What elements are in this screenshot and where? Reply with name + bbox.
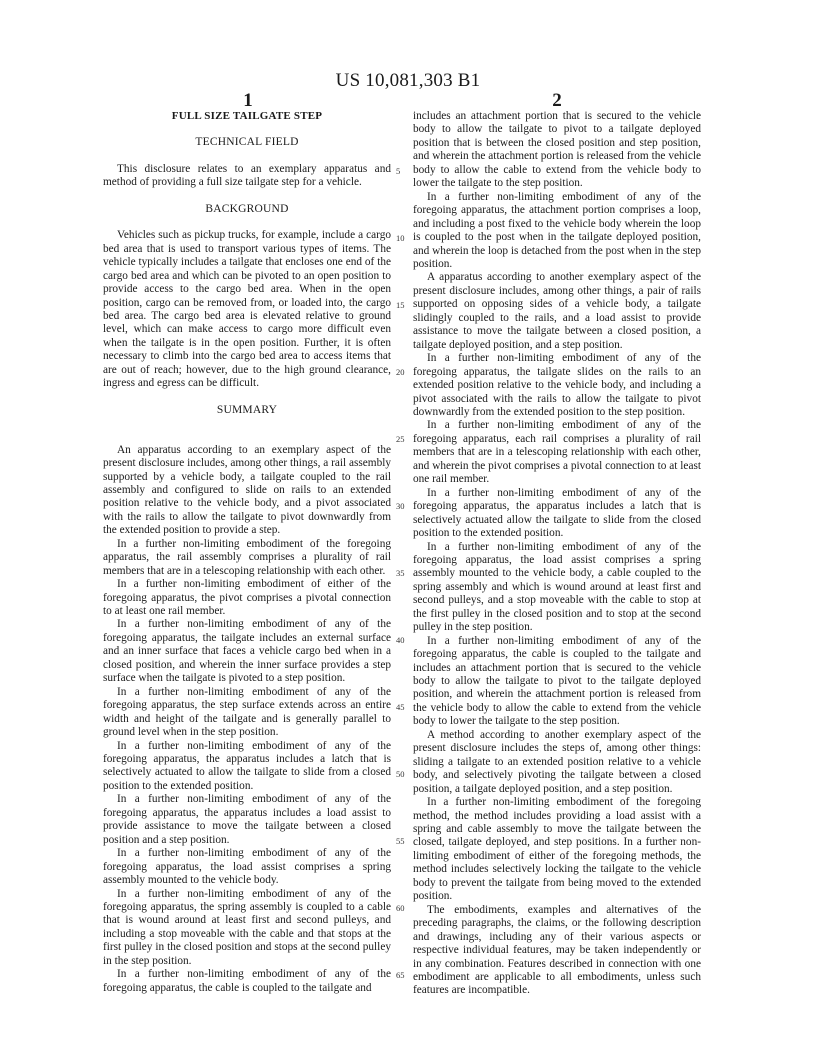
right-column: includes an attachment portion that is s… — [413, 110, 701, 998]
summary-paragraph: In a further non-limiting embodiment of … — [103, 618, 391, 685]
column-number-right: 2 — [412, 90, 702, 112]
line-number: 10 — [396, 233, 408, 243]
summary-paragraph: In a further non-limiting embodiment of … — [103, 793, 391, 847]
line-number: 25 — [396, 434, 408, 444]
summary-paragraph: A apparatus according to another exempla… — [413, 271, 701, 352]
heading-background: BACKGROUND — [103, 203, 391, 216]
technical-field-paragraph: This disclosure relates to an exemplary … — [103, 163, 391, 190]
summary-paragraph: In a further non-limiting embodiment of … — [103, 968, 391, 995]
line-number: 60 — [396, 903, 408, 913]
line-number: 35 — [396, 568, 408, 578]
background-paragraph: Vehicles such as pickup trucks, for exam… — [103, 229, 391, 390]
summary-paragraph: In a further non-limiting embodiment of … — [413, 635, 701, 729]
summary-paragraph: In a further non-limiting embodiment of … — [103, 538, 391, 578]
summary-paragraph: In a further non-limiting embodiment of … — [413, 541, 701, 635]
summary-paragraph: In a further non-limiting embodiment of … — [103, 740, 391, 794]
line-number: 65 — [396, 970, 408, 980]
continued-paragraph: includes an attachment portion that is s… — [413, 110, 701, 191]
heading-summary: SUMMARY — [103, 404, 391, 417]
summary-paragraph: In a further non-limiting embodiment of … — [413, 191, 701, 272]
summary-paragraph: In a further non-limiting embodiment of … — [103, 686, 391, 740]
column-number-left: 1 — [103, 90, 393, 112]
summary-paragraph: In a further non-limiting embodiment of … — [413, 419, 701, 486]
line-number: 15 — [396, 300, 408, 310]
summary-paragraph: In a further non-limiting embodiment of … — [413, 487, 701, 541]
line-number: 40 — [396, 635, 408, 645]
summary-paragraph: In a further non-limiting embodiment of … — [413, 352, 701, 419]
line-number: 20 — [396, 367, 408, 377]
heading-technical-field: TECHNICAL FIELD — [103, 136, 391, 149]
summary-paragraph: In a further non-limiting embodiment of … — [103, 847, 391, 887]
summary-paragraph: An apparatus according to an exemplary a… — [103, 444, 391, 538]
line-number: 50 — [396, 769, 408, 779]
line-number: 30 — [396, 501, 408, 511]
line-number: 45 — [396, 702, 408, 712]
document-title: FULL SIZE TAILGATE STEP — [103, 110, 391, 123]
summary-paragraph: In a further non-limiting embodiment of … — [103, 578, 391, 618]
summary-paragraph: The embodiments, examples and alternativ… — [413, 904, 701, 998]
line-number: 55 — [396, 836, 408, 846]
patent-number: US 10,081,303 B1 — [0, 70, 816, 92]
summary-paragraph: In a further non-limiting embodiment of … — [103, 888, 391, 969]
summary-paragraph: A method according to another exemplary … — [413, 729, 701, 796]
left-column: FULL SIZE TAILGATE STEP TECHNICAL FIELD … — [103, 110, 391, 995]
line-number: 5 — [396, 166, 408, 176]
summary-paragraph: In a further non-limiting embodiment of … — [413, 796, 701, 904]
